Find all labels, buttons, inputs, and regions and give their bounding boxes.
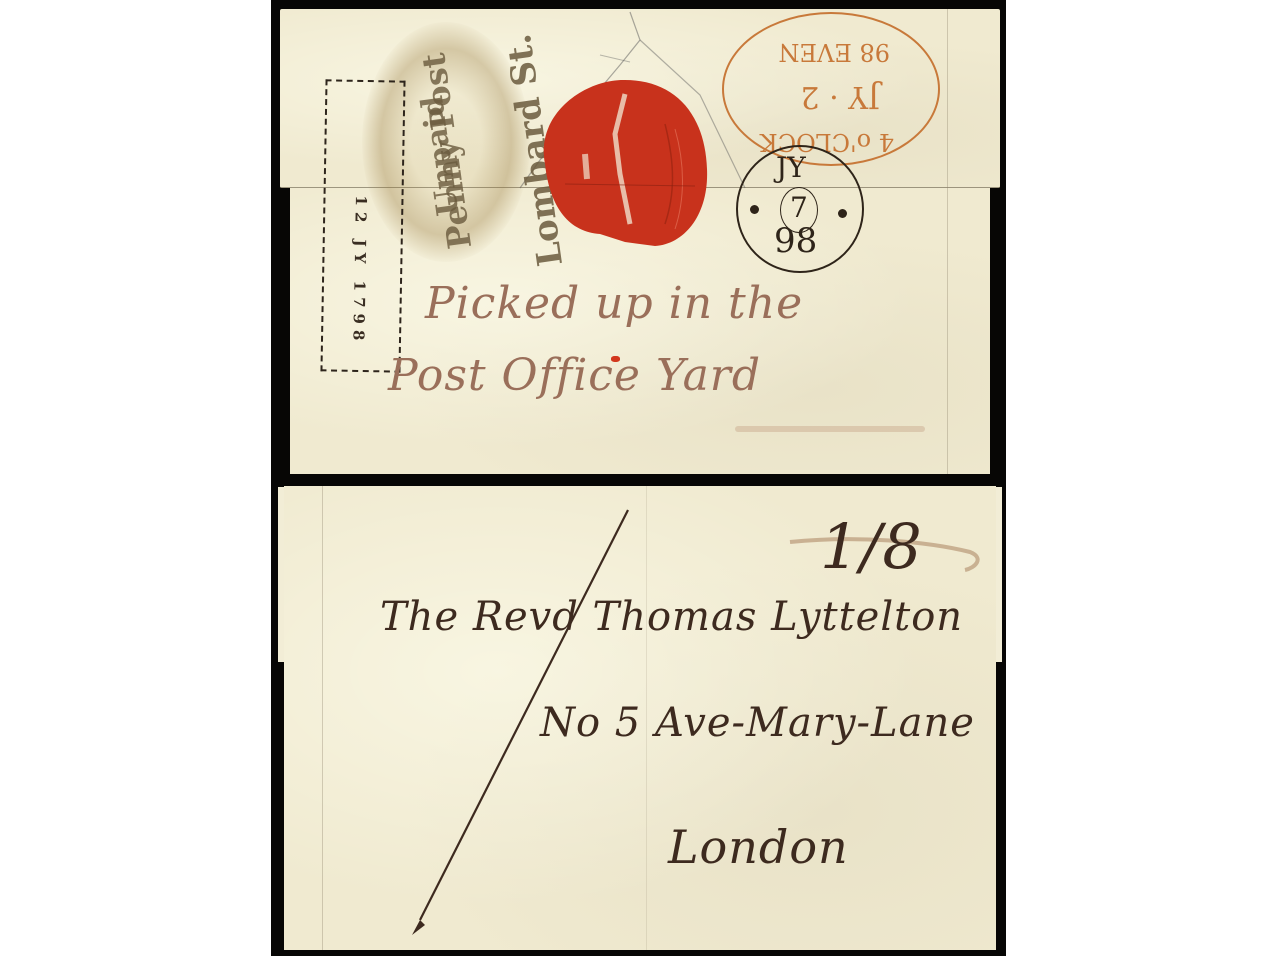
- red-wax-speck: [611, 356, 620, 362]
- postmark-dot-left: [750, 205, 759, 214]
- boxed-datestamp: 12 JY 1798: [320, 79, 405, 372]
- postmark-dot-right: [838, 209, 847, 218]
- rate-mark: 1/8: [820, 510, 923, 583]
- red-postmark-middle: JY · 2: [800, 79, 880, 114]
- black-postmark-year: 98: [774, 221, 817, 261]
- brown-smudge-line: [735, 426, 925, 432]
- black-circular-postmark: JY 7 98: [736, 145, 864, 273]
- manuscript-note-line2: Post Office Yard: [388, 350, 761, 401]
- manuscript-note-line1: Picked up in the: [425, 278, 803, 329]
- address-line3: London: [668, 820, 849, 874]
- black-postmark-month: JY: [776, 151, 806, 184]
- red-postmark-bottom: 98 EVEN: [778, 38, 890, 66]
- address-line2: No 5 Ave-Mary-Lane: [540, 700, 975, 746]
- red-oval-postmark: 4 o'CLOCK JY · 2 98 EVEN: [722, 12, 940, 166]
- address-line1: The Revd Thomas Lyttelton: [380, 594, 963, 640]
- black-postmark-day: 7: [790, 191, 808, 224]
- boxed-datestamp-text: 12 JY 1798: [349, 195, 370, 346]
- red-wax-seal: [525, 74, 715, 254]
